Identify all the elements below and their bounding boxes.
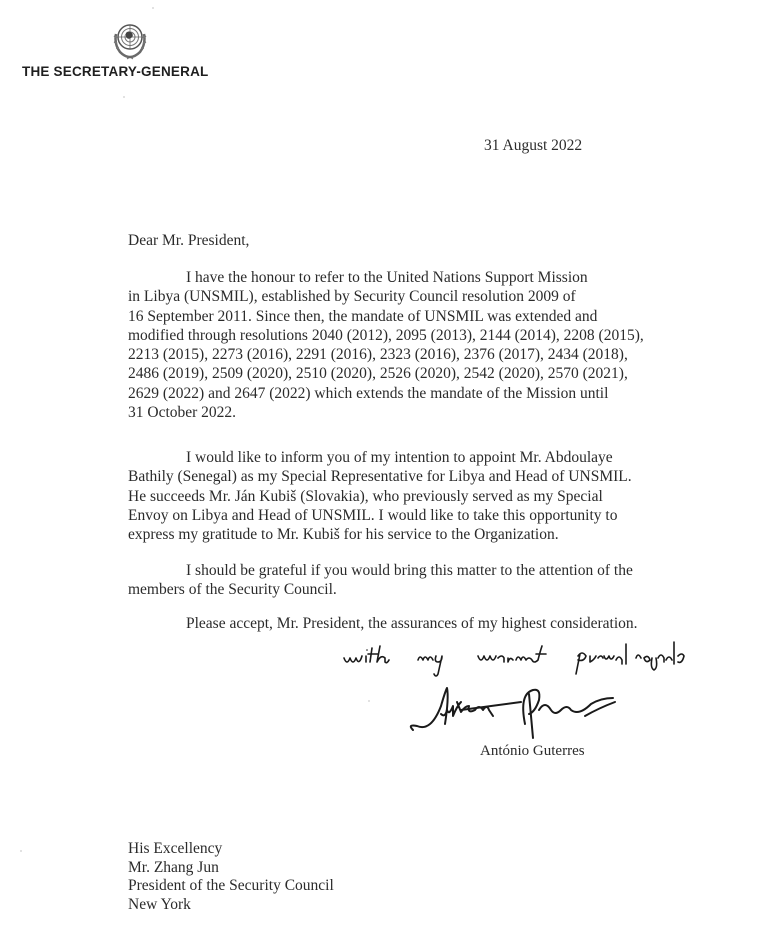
paragraph-line: Bathily (Senegal) as my Special Represen… [128, 467, 728, 486]
letterhead: THE SECRETARY-GENERAL [0, 0, 260, 90]
un-emblem-icon [111, 20, 149, 60]
addressee-block: His Excellency Mr. Zhang Jun President o… [128, 840, 334, 914]
paragraph-line: members of the Security Council. [128, 580, 728, 599]
paragraph-line: Envoy on Libya and Head of UNSMIL. I wou… [128, 506, 728, 525]
handwritten-note-icon: with my warmest personal regards [340, 640, 760, 680]
addressee-city: New York [128, 896, 334, 915]
paragraph-line: 2629 (2022) and 2647 (2022) which extend… [128, 384, 728, 403]
addressee-honorific: His Excellency [128, 840, 334, 859]
salutation: Dear Mr. President, [128, 232, 249, 250]
paragraph-request: I should be grateful if you would bring … [128, 561, 728, 600]
paragraph-mandate-history: I have the honour to refer to the United… [128, 268, 728, 422]
paragraph-line: 2486 (2019), 2509 (2020), 2510 (2020), 2… [128, 364, 728, 383]
paragraph-line: I should be grateful if you would bring … [128, 561, 728, 580]
scan-speck [152, 7, 154, 9]
signature-icon [405, 682, 645, 742]
paragraph-line: 31 October 2022. [128, 403, 728, 422]
paragraph-line: modified through resolutions 2040 (2012)… [128, 326, 728, 345]
addressee-title: President of the Security Council [128, 877, 334, 896]
paragraph-line: 16 September 2011. Since then, the manda… [128, 307, 728, 326]
letter-date: 31 August 2022 [484, 137, 582, 155]
scan-speck [123, 96, 125, 98]
signatory-name: António Guterres [480, 743, 585, 760]
letterhead-title: THE SECRETARY-GENERAL [22, 64, 208, 79]
paragraph-line: He succeeds Mr. Ján Kubiš (Slovakia), wh… [128, 487, 728, 506]
scan-speck [368, 700, 370, 702]
paragraph-line: 2213 (2015), 2273 (2016), 2291 (2016), 2… [128, 345, 728, 364]
paragraph-line: I would like to inform you of my intenti… [128, 448, 728, 467]
paragraph-line: in Libya (UNSMIL), established by Securi… [128, 287, 728, 306]
scan-speck [20, 850, 22, 852]
paragraph-closing: Please accept, Mr. President, the assura… [128, 614, 728, 633]
paragraph-line: Please accept, Mr. President, the assura… [128, 614, 728, 633]
addressee-name: Mr. Zhang Jun [128, 859, 334, 878]
paragraph-line: I have the honour to refer to the United… [128, 268, 728, 287]
paragraph-line: express my gratitude to Mr. Kubiš for hi… [128, 525, 728, 544]
paragraph-appointment: I would like to inform you of my intenti… [128, 448, 728, 544]
